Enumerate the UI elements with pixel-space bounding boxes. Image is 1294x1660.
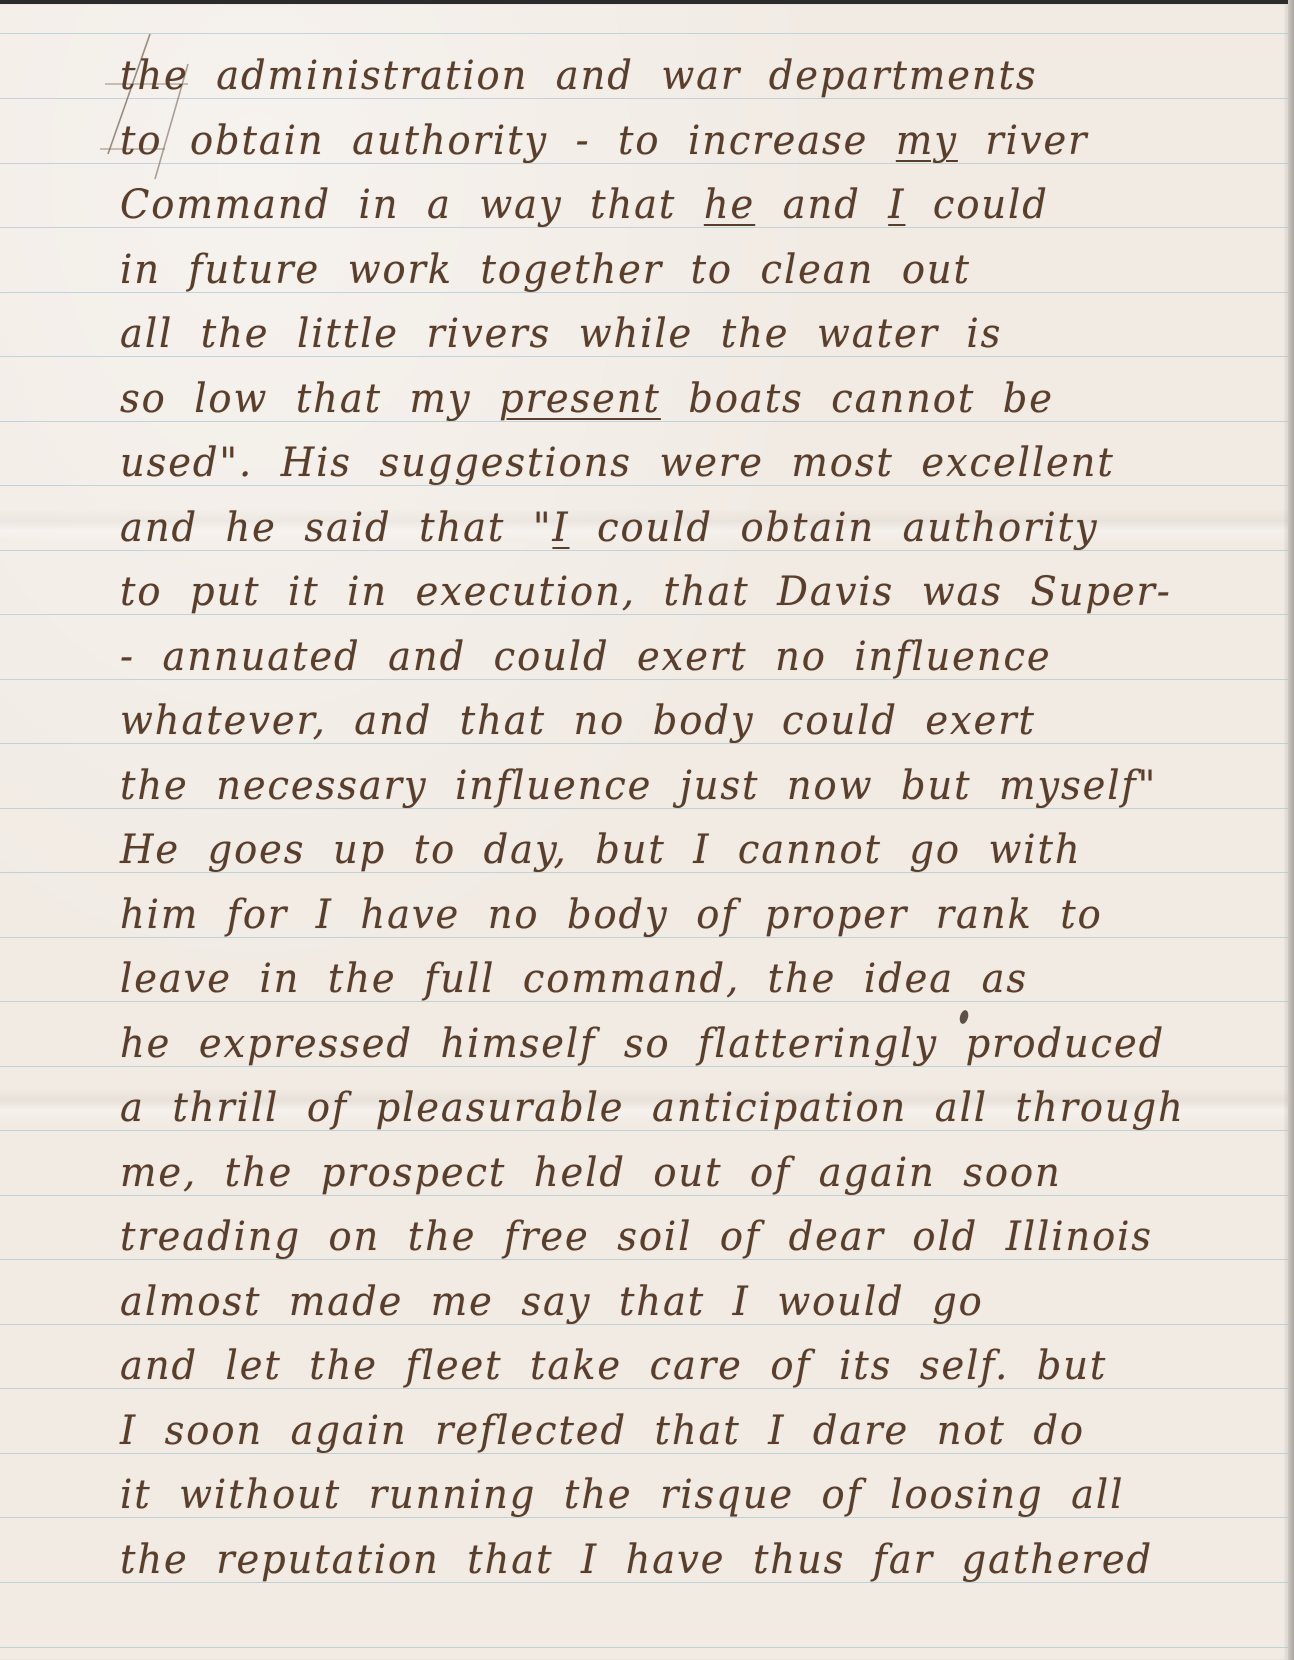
text-line-6: so low that my present boats cannot be bbox=[120, 375, 1234, 423]
text-line-22: I soon again reflected that I dare not d… bbox=[120, 1407, 1234, 1455]
text-line-17: a thrill of pleasurable anticipation all… bbox=[120, 1084, 1234, 1132]
text-line-11: whatever, and that no body could exert bbox=[120, 697, 1234, 745]
text-line-23: it without running the risque of loosing… bbox=[120, 1471, 1234, 1519]
scan-right-edge bbox=[1288, 0, 1294, 1660]
text-line-20: almost made me say that I would go bbox=[120, 1278, 1234, 1326]
text-line-3: Command in a way that he and I could bbox=[120, 181, 1234, 229]
text-line-13: He goes up to day, but I cannot go with bbox=[120, 826, 1234, 874]
text-line-19: treading on the free soil of dear old Il… bbox=[120, 1213, 1234, 1261]
text-line-15: leave in the full command, the idea as bbox=[120, 955, 1234, 1003]
letter-page: the administration and war departments t… bbox=[0, 4, 1288, 1660]
ruled-line bbox=[0, 33, 1288, 34]
text-line-1: the administration and war departments bbox=[120, 52, 1234, 100]
text-line-4: in future work together to clean out bbox=[120, 246, 1234, 294]
text-line-14: him for I have no body of proper rank to bbox=[120, 891, 1234, 939]
text-line-24: the reputation that I have thus far gath… bbox=[120, 1536, 1234, 1584]
text-line-7: used". His suggestions were most excelle… bbox=[120, 439, 1234, 487]
text-line-18: me, the prospect held out of again soon bbox=[120, 1149, 1234, 1197]
ruled-line bbox=[0, 1647, 1288, 1648]
text-line-16: he expressed himself so flatteringly pro… bbox=[120, 1020, 1234, 1068]
text-line-21: and let the fleet take care of its self.… bbox=[120, 1342, 1234, 1390]
text-line-5: all the little rivers while the water is bbox=[120, 310, 1234, 358]
text-line-2: to obtain authority - to increase my riv… bbox=[120, 117, 1234, 165]
text-line-10: - annuated and could exert no influence bbox=[120, 633, 1234, 681]
text-line-8: and he said that "I could obtain authori… bbox=[120, 504, 1234, 552]
text-line-12: the necessary influence just now but mys… bbox=[120, 762, 1234, 810]
text-line-9: to put it in execution, that Davis was S… bbox=[120, 568, 1234, 616]
